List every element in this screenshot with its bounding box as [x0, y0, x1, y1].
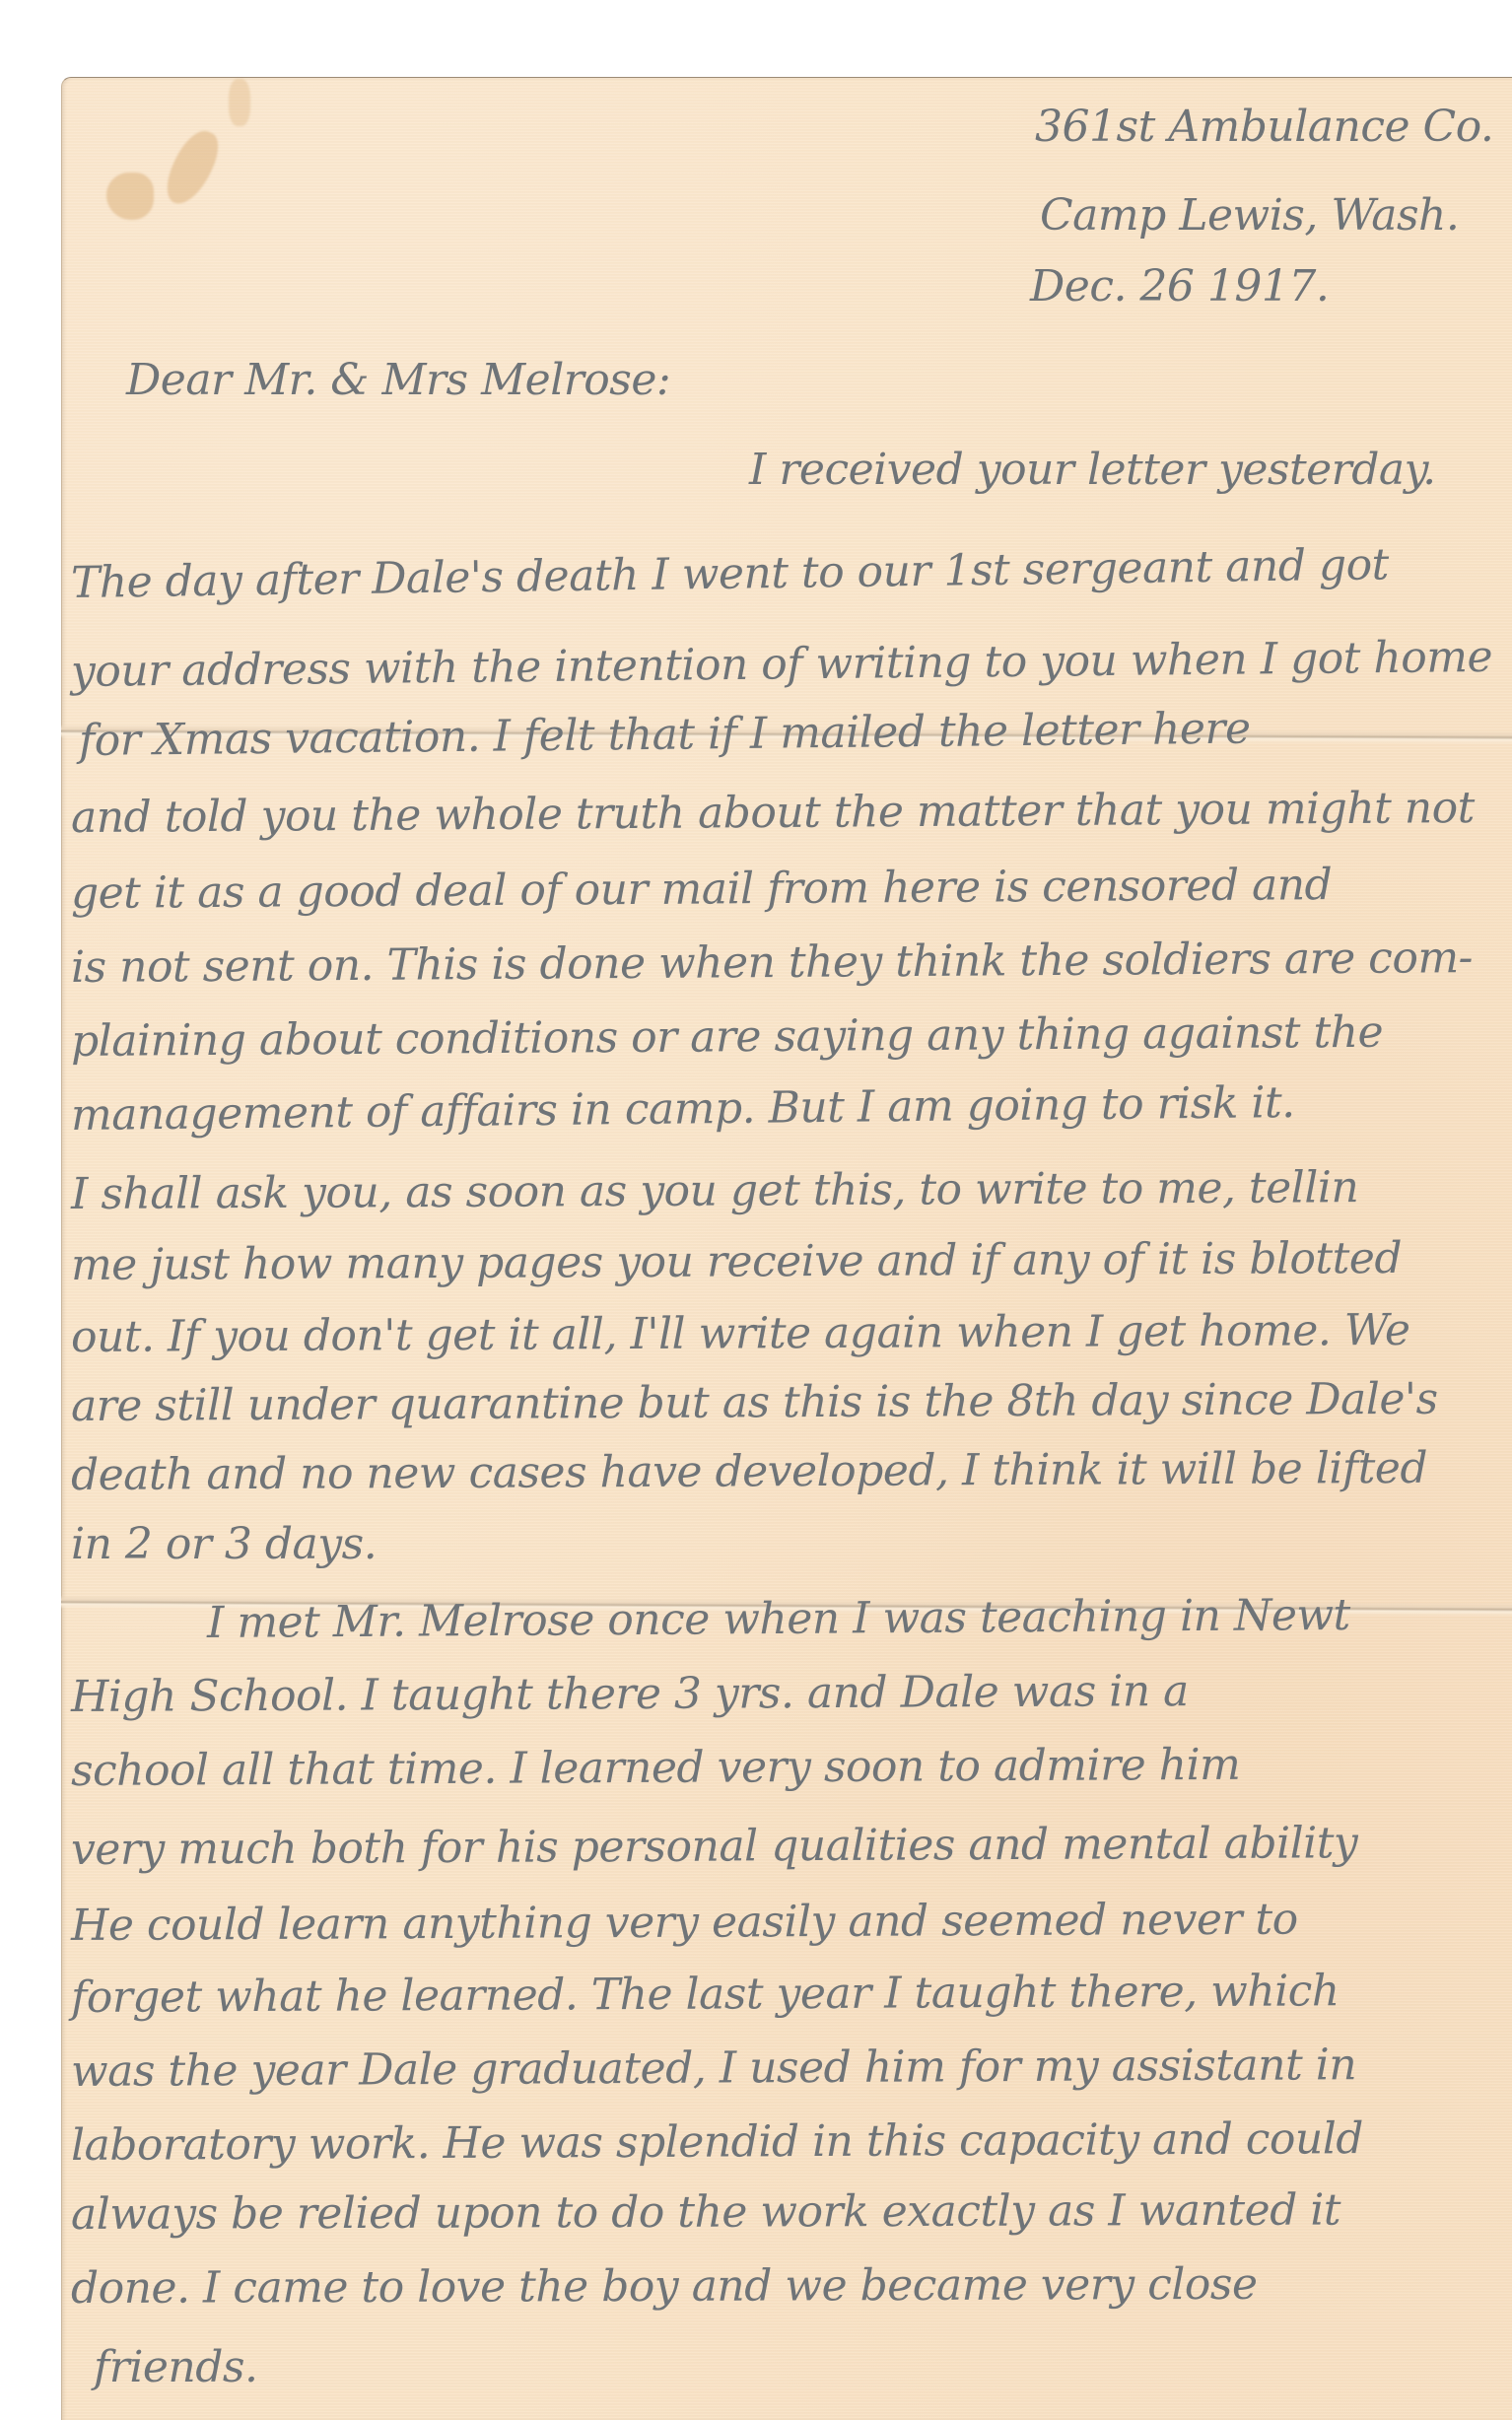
letter-line: forget what he learned. The last year I … — [71, 1970, 1340, 2020]
letter-line: plaining about conditions or are saying … — [71, 1011, 1383, 1064]
letter-line: is not sent on. This is done when they t… — [71, 936, 1473, 990]
letter-line: in 2 or 3 days. — [71, 1523, 377, 1566]
letter-line: death and no new cases have developed, I… — [71, 1447, 1427, 1497]
letter-line: friends. — [94, 2346, 258, 2389]
letter-line: out. If you don't get it all, I'll write… — [71, 1309, 1410, 1359]
letter-line: I shall ask you, as soon as you get this… — [71, 1166, 1358, 1216]
header-date: Dec. 26 1917. — [1030, 258, 1329, 315]
letter-line: was the year Dale graduated, I used him … — [71, 2043, 1356, 2094]
letter-line: me just how many pages you receive and i… — [71, 1237, 1402, 1287]
letter-line: High School. I taught there 3 yrs. and D… — [71, 1670, 1189, 1719]
header-unit: 361st Ambulance Co. — [1035, 99, 1493, 156]
letter-line: management of affairs in camp. But I am … — [71, 1081, 1295, 1138]
letter-line: He could learn anything very easily and … — [71, 1898, 1298, 1948]
letter-line: I received your letter yesterday. — [749, 449, 1436, 492]
letter-line: for Xmas vacation. I felt that if I mail… — [79, 708, 1251, 763]
letter-line: school all that time. I learned very soo… — [71, 1744, 1241, 1793]
salutation: Dear Mr. & Mrs Melrose: — [126, 355, 670, 405]
letter-line: done. I came to love the boy and we beca… — [71, 2263, 1258, 2311]
letter-line: get it as a good deal of our mail from h… — [71, 864, 1333, 916]
letter-line: laboratory work. He was splendid in this… — [71, 2117, 1363, 2168]
water-stain — [229, 79, 250, 126]
letter-line: always be relied upon to do the work exa… — [71, 2189, 1340, 2237]
letter-line: and told you the whole truth about the m… — [71, 787, 1475, 840]
letter-line: I met Mr. Melrose once when I was teachi… — [207, 1594, 1350, 1645]
water-stain — [106, 173, 154, 220]
letter-line: very much both for his personal qualitie… — [71, 1822, 1358, 1872]
header-location: Camp Lewis, Wash. — [1040, 187, 1459, 244]
letter-line: are still under quarantine but as this i… — [71, 1378, 1438, 1428]
